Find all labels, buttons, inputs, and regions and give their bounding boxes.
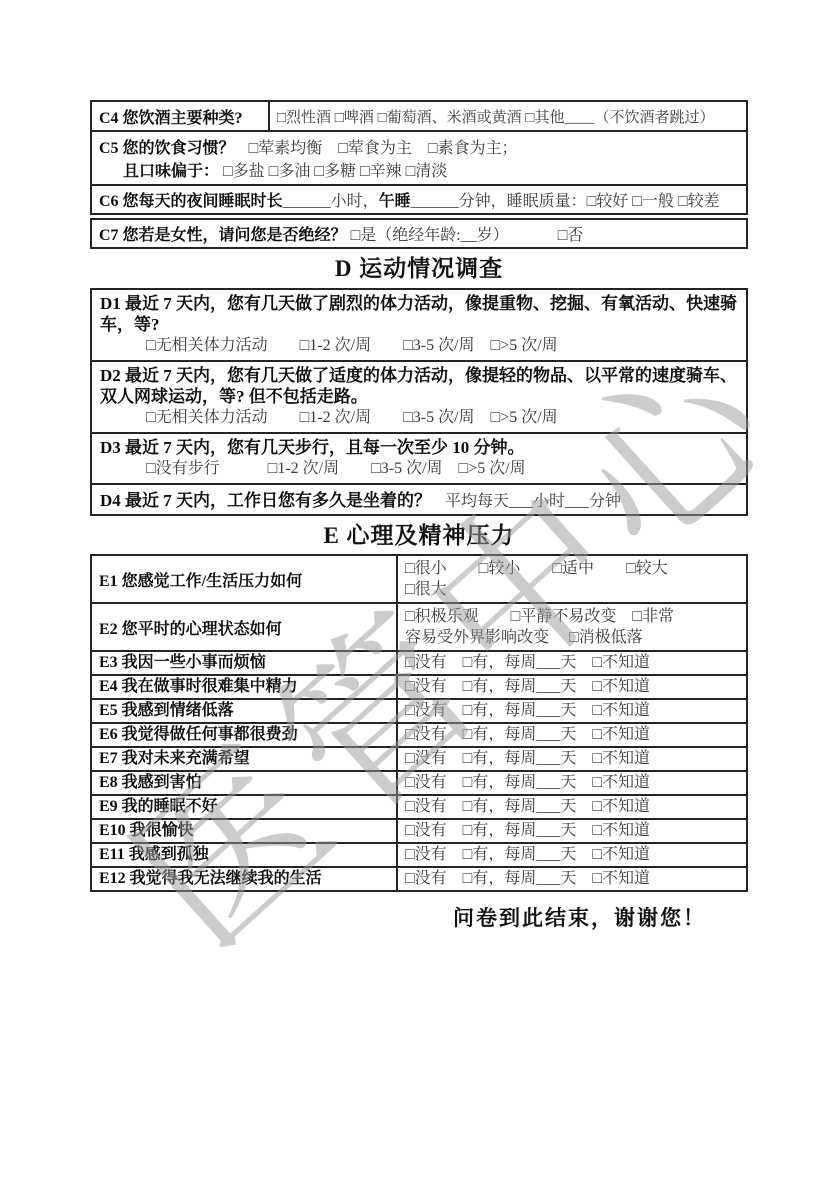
question-e11-label: E11 我感到孤独 — [91, 843, 397, 867]
question-c7-label: C7 您若是女性，请问您是否绝经？ — [99, 227, 347, 244]
question-e10-options[interactable]: □没有 □有，每周___天 □不知道 — [397, 819, 747, 843]
question-d2-options[interactable]: □无相关体力活动 □1-2 次/周 □3-5 次/周 □>5 次/周 — [100, 407, 738, 429]
table-row-d4: D4 最近 7 天内，工作日您有多久是坐着的？平均每天___小时___分钟 — [91, 484, 747, 515]
table-row-e2: E2 您平时的心理状态如何 □积极乐观 □平静不易改变 □非常 容易受外界影响改… — [91, 603, 747, 651]
table-row-e7: E7 我对未来充满希望 □没有 □有，每周___天 □不知道 — [91, 747, 747, 771]
section-e-table: E1 您感觉工作/生活压力如何 □很小 □较小 □适中 □较大 □很大 E2 您… — [90, 554, 748, 892]
e2-options-line2[interactable]: 容易受外界影响改变 □消极低落 — [405, 629, 643, 646]
question-c5-line1: C5 您的饮食习惯？ □荤素均衡 □荤食为主 □素食为主； — [99, 135, 739, 158]
menopause-no-option[interactable]: □否 — [558, 227, 584, 244]
question-d4-label: D4 最近 7 天内，工作日您有多久是坐着的？ — [100, 491, 431, 510]
questionnaire-end-note: 问卷到此结束，谢谢您！ — [453, 902, 706, 932]
table-row-e9: E9 我的睡眠不好 □没有 □有，每周___天 □不知道 — [91, 795, 747, 819]
question-e7-label: E7 我对未来充满希望 — [91, 747, 397, 771]
question-e7-options[interactable]: □没有 □有，每周___天 □不知道 — [397, 747, 747, 771]
question-c5-label: C5 您的饮食习惯？ — [99, 140, 235, 157]
section-c7-table: C7 您若是女性，请问您是否绝经？ □是（绝经年龄:__岁） □否 — [90, 218, 748, 249]
table-row-e10: E10 我很愉快 □没有 □有，每周___天 □不知道 — [91, 819, 747, 843]
page-content: C4 您饮酒主要种类? □烈性酒 □啤酒 □葡萄酒、米酒或黄酒 □其他____（… — [90, 100, 748, 932]
question-c4-label: C4 您饮酒主要种类? — [91, 101, 269, 131]
taste-label: 且口味偏于： — [123, 163, 219, 180]
e1-options-line2[interactable]: □很大 — [405, 581, 447, 598]
question-e2-options[interactable]: □积极乐观 □平静不易改变 □非常 容易受外界影响改变 □消极低落 — [397, 603, 747, 651]
question-d3-cell: D3 最近 7 天内，您有几天步行，且每一次至少 10 分钟。 □没有步行 □1… — [91, 433, 747, 484]
question-d2-label: D2 最近 7 天内，您有几天做了适度的体力活动，像提轻的物品、以平常的速度骑车… — [100, 365, 738, 407]
section-d-table: D1 最近 7 天内，您有几天做了剧烈的体力活动，像提重物、挖掘、有氧活动、快速… — [90, 288, 748, 516]
section-c-table: C4 您饮酒主要种类? □烈性酒 □啤酒 □葡萄酒、米酒或黄酒 □其他____（… — [90, 100, 748, 215]
question-e2-label: E2 您平时的心理状态如何 — [91, 603, 397, 651]
table-row-c7: C7 您若是女性，请问您是否绝经？ □是（绝经年龄:__岁） □否 — [91, 219, 747, 248]
nap-label: 午睡 — [379, 193, 411, 210]
table-row-d2: D2 最近 7 天内，您有几天做了适度的体力活动，像提轻的物品、以平常的速度骑车… — [91, 361, 747, 433]
question-e3-label: E3 我因一些小事而烦恼 — [91, 651, 397, 675]
nap-minutes-and-quality-options[interactable]: ______分钟，睡眠质量：□较好 □一般 □较差 — [411, 193, 720, 210]
question-e1-options[interactable]: □很小 □较小 □适中 □较大 □很大 — [397, 555, 747, 603]
question-e5-options[interactable]: □没有 □有，每周___天 □不知道 — [397, 699, 747, 723]
question-d4-cell: D4 最近 7 天内，工作日您有多久是坐着的？平均每天___小时___分钟 — [91, 484, 747, 515]
e1-options-line1[interactable]: □很小 □较小 □适中 □较大 — [405, 560, 668, 577]
question-c7-cell: C7 您若是女性，请问您是否绝经？ □是（绝经年龄:__岁） □否 — [91, 219, 747, 248]
table-row-e4: E4 我在做事时很难集中精力 □没有 □有，每周___天 □不知道 — [91, 675, 747, 699]
sitting-time-blanks[interactable]: 平均每天___小时___分钟 — [445, 493, 621, 510]
question-e4-options[interactable]: □没有 □有，每周___天 □不知道 — [397, 675, 747, 699]
table-row-e1: E1 您感觉工作/生活压力如何 □很小 □较小 □适中 □较大 □很大 — [91, 555, 747, 603]
question-c6-label: C6 您每天的夜间睡眠时长 — [99, 193, 283, 210]
question-e9-label: E9 我的睡眠不好 — [91, 795, 397, 819]
table-row-e11: E11 我感到孤独 □没有 □有，每周___天 □不知道 — [91, 843, 747, 867]
question-d1-cell: D1 最近 7 天内，您有几天做了剧烈的体力活动，像提重物、挖掘、有氧活动、快速… — [91, 289, 747, 361]
table-row-e8: E8 我感到害怕 □没有 □有，每周___天 □不知道 — [91, 771, 747, 795]
question-e12-label: E12 我觉得我无法继续我的生活 — [91, 867, 397, 891]
table-row-e6: E6 我觉得做任何事都很费劲 □没有 □有，每周___天 □不知道 — [91, 723, 747, 747]
question-d3-label: D3 最近 7 天内，您有几天步行，且每一次至少 10 分钟。 — [100, 437, 738, 458]
question-e5-label: E5 我感到情绪低落 — [91, 699, 397, 723]
table-row-c5: C5 您的饮食习惯？ □荤素均衡 □荤食为主 □素食为主； 且口味偏于： □多盐… — [91, 131, 747, 185]
question-e8-options[interactable]: □没有 □有，每周___天 □不知道 — [397, 771, 747, 795]
e2-options-line1[interactable]: □积极乐观 □平静不易改变 □非常 — [405, 608, 674, 625]
question-e10-label: E10 我很愉快 — [91, 819, 397, 843]
question-e12-options[interactable]: □没有 □有，每周___天 □不知道 — [397, 867, 747, 891]
question-e6-options[interactable]: □没有 □有，每周___天 □不知道 — [397, 723, 747, 747]
question-c5-line2: 且口味偏于： □多盐 □多油 □多糖 □辛辣 □清淡 — [99, 158, 739, 181]
question-d1-options[interactable]: □无相关体力活动 □1-2 次/周 □3-5 次/周 □>5 次/周 — [100, 335, 738, 357]
taste-options[interactable]: □多盐 □多油 □多糖 □辛辣 □清淡 — [223, 163, 447, 180]
question-c4-options[interactable]: □烈性酒 □啤酒 □葡萄酒、米酒或黄酒 □其他____（不饮酒者跳过） — [269, 101, 747, 131]
table-row-e5: E5 我感到情绪低落 □没有 □有，每周___天 □不知道 — [91, 699, 747, 723]
menopause-yes-option[interactable]: □是（绝经年龄:__岁） — [351, 227, 509, 244]
question-e4-label: E4 我在做事时很难集中精力 — [91, 675, 397, 699]
sleep-hours-blank[interactable]: ______小时， — [283, 193, 379, 210]
question-e8-label: E8 我感到害怕 — [91, 771, 397, 795]
table-row-c6: C6 您每天的夜间睡眠时长______小时，午睡______分钟，睡眠质量：□较… — [91, 185, 747, 214]
section-d-title: D 运动情况调查 — [90, 255, 748, 282]
question-c5-cell: C5 您的饮食习惯？ □荤素均衡 □荤食为主 □素食为主； 且口味偏于： □多盐… — [91, 131, 747, 185]
question-e11-options[interactable]: □没有 □有，每周___天 □不知道 — [397, 843, 747, 867]
question-e9-options[interactable]: □没有 □有，每周___天 □不知道 — [397, 795, 747, 819]
questionnaire-page: 医管中心 C4 您饮酒主要种类? □烈性酒 □啤酒 □葡萄酒、米酒或黄酒 □其他… — [0, 0, 840, 1187]
question-d3-options[interactable]: □没有步行 □1-2 次/周 □3-5 次/周 □>5 次/周 — [100, 458, 738, 480]
question-c6-cell: C6 您每天的夜间睡眠时长______小时，午睡______分钟，睡眠质量：□较… — [91, 185, 747, 214]
question-e1-label: E1 您感觉工作/生活压力如何 — [91, 555, 397, 603]
question-c5-options[interactable]: □荤素均衡 □荤食为主 □素食为主； — [249, 140, 518, 157]
table-row-d3: D3 最近 7 天内，您有几天步行，且每一次至少 10 分钟。 □没有步行 □1… — [91, 433, 747, 484]
question-e6-label: E6 我觉得做任何事都很费劲 — [91, 723, 397, 747]
section-e-title: E 心理及精神压力 — [90, 522, 748, 549]
question-e3-options[interactable]: □没有 □有，每周___天 □不知道 — [397, 651, 747, 675]
table-row-e12: E12 我觉得我无法继续我的生活 □没有 □有，每周___天 □不知道 — [91, 867, 747, 891]
question-d2-cell: D2 最近 7 天内，您有几天做了适度的体力活动，像提轻的物品、以平常的速度骑车… — [91, 361, 747, 433]
table-row-e3: E3 我因一些小事而烦恼 □没有 □有，每周___天 □不知道 — [91, 651, 747, 675]
table-row-d1: D1 最近 7 天内，您有几天做了剧烈的体力活动，像提重物、挖掘、有氧活动、快速… — [91, 289, 747, 361]
table-row-c4: C4 您饮酒主要种类? □烈性酒 □啤酒 □葡萄酒、米酒或黄酒 □其他____（… — [91, 101, 747, 131]
question-d1-label: D1 最近 7 天内，您有几天做了剧烈的体力活动，像提重物、挖掘、有氧活动、快速… — [100, 293, 738, 335]
